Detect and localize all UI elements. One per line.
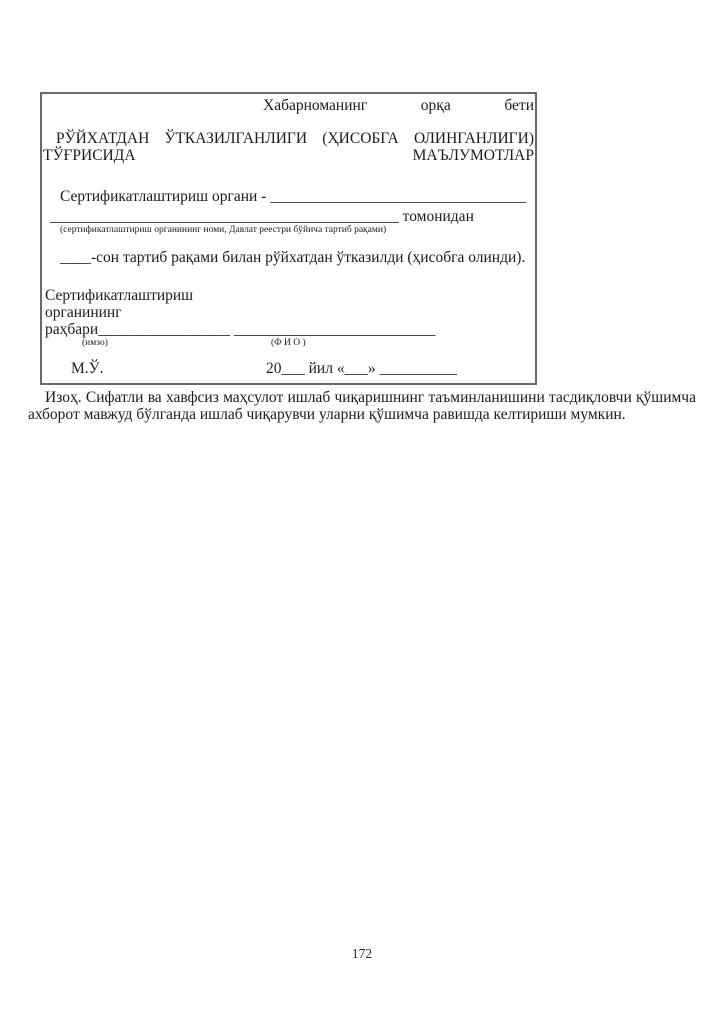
signature-block: Сертификатлаштириш органининг раҳбари___… — [43, 287, 534, 349]
org-name-caption: (сертификатлаштириш органининг номи, Дав… — [43, 225, 534, 236]
certification-org-line: Сертификатлаштириш органи - ____________… — [43, 188, 534, 205]
fio-caption: (Ф И О ) — [271, 338, 306, 349]
back-title: Хабарноманинг орқа бети — [43, 97, 534, 114]
org-head-line1: Сертификатлаштириш — [45, 287, 534, 304]
org-head-line2: органининг — [45, 304, 534, 321]
registration-heading-line2: ТЎҒРИСИДА МАЪЛУМОТЛАР — [43, 147, 534, 164]
registration-heading-line1: РЎЙХАТДАН ЎТКАЗИЛГАНЛИГИ (ҲИСОБГА ОЛИНГА… — [43, 130, 534, 147]
org-head-line3: раҳбари_________________ _______________… — [45, 321, 534, 338]
seal-label: М.Ў. — [71, 360, 104, 377]
seal-and-date-row: М.Ў. 20___ йил «___» __________ — [43, 360, 534, 377]
date-line: 20___ йил «___» __________ — [266, 360, 457, 377]
org-name-blank-continued: ________________________________________… — [50, 208, 399, 225]
certification-org-label: Сертификатлаштириш органи - — [60, 188, 270, 205]
org-name-blank: _________________________________ — [270, 188, 526, 205]
signature-blank: _________________ — [98, 321, 230, 338]
document-page: Хабарноманинг орқа бети РЎЙХАТДАН ЎТКАЗИ… — [0, 0, 724, 1024]
signature-captions-row: (имзо) (Ф И О ) — [45, 338, 534, 349]
page-number: 172 — [0, 946, 724, 962]
registration-number-line: ____-сон тартиб рақами билан рўйхатдан ў… — [43, 249, 534, 266]
tomonidan-line: ________________________________________… — [43, 208, 534, 225]
note-paragraph: Изоҳ. Сифатли ва хавфсиз маҳсулот ишлаб … — [28, 389, 696, 424]
signature-caption: (имзо) — [82, 338, 108, 349]
fio-blank: __________________________ — [234, 321, 436, 338]
org-head-label: раҳбари — [45, 321, 98, 338]
tomonidan-label: томонидан — [403, 208, 474, 225]
form-box: Хабарноманинг орқа бети РЎЙХАТДАН ЎТКАЗИ… — [40, 92, 537, 385]
